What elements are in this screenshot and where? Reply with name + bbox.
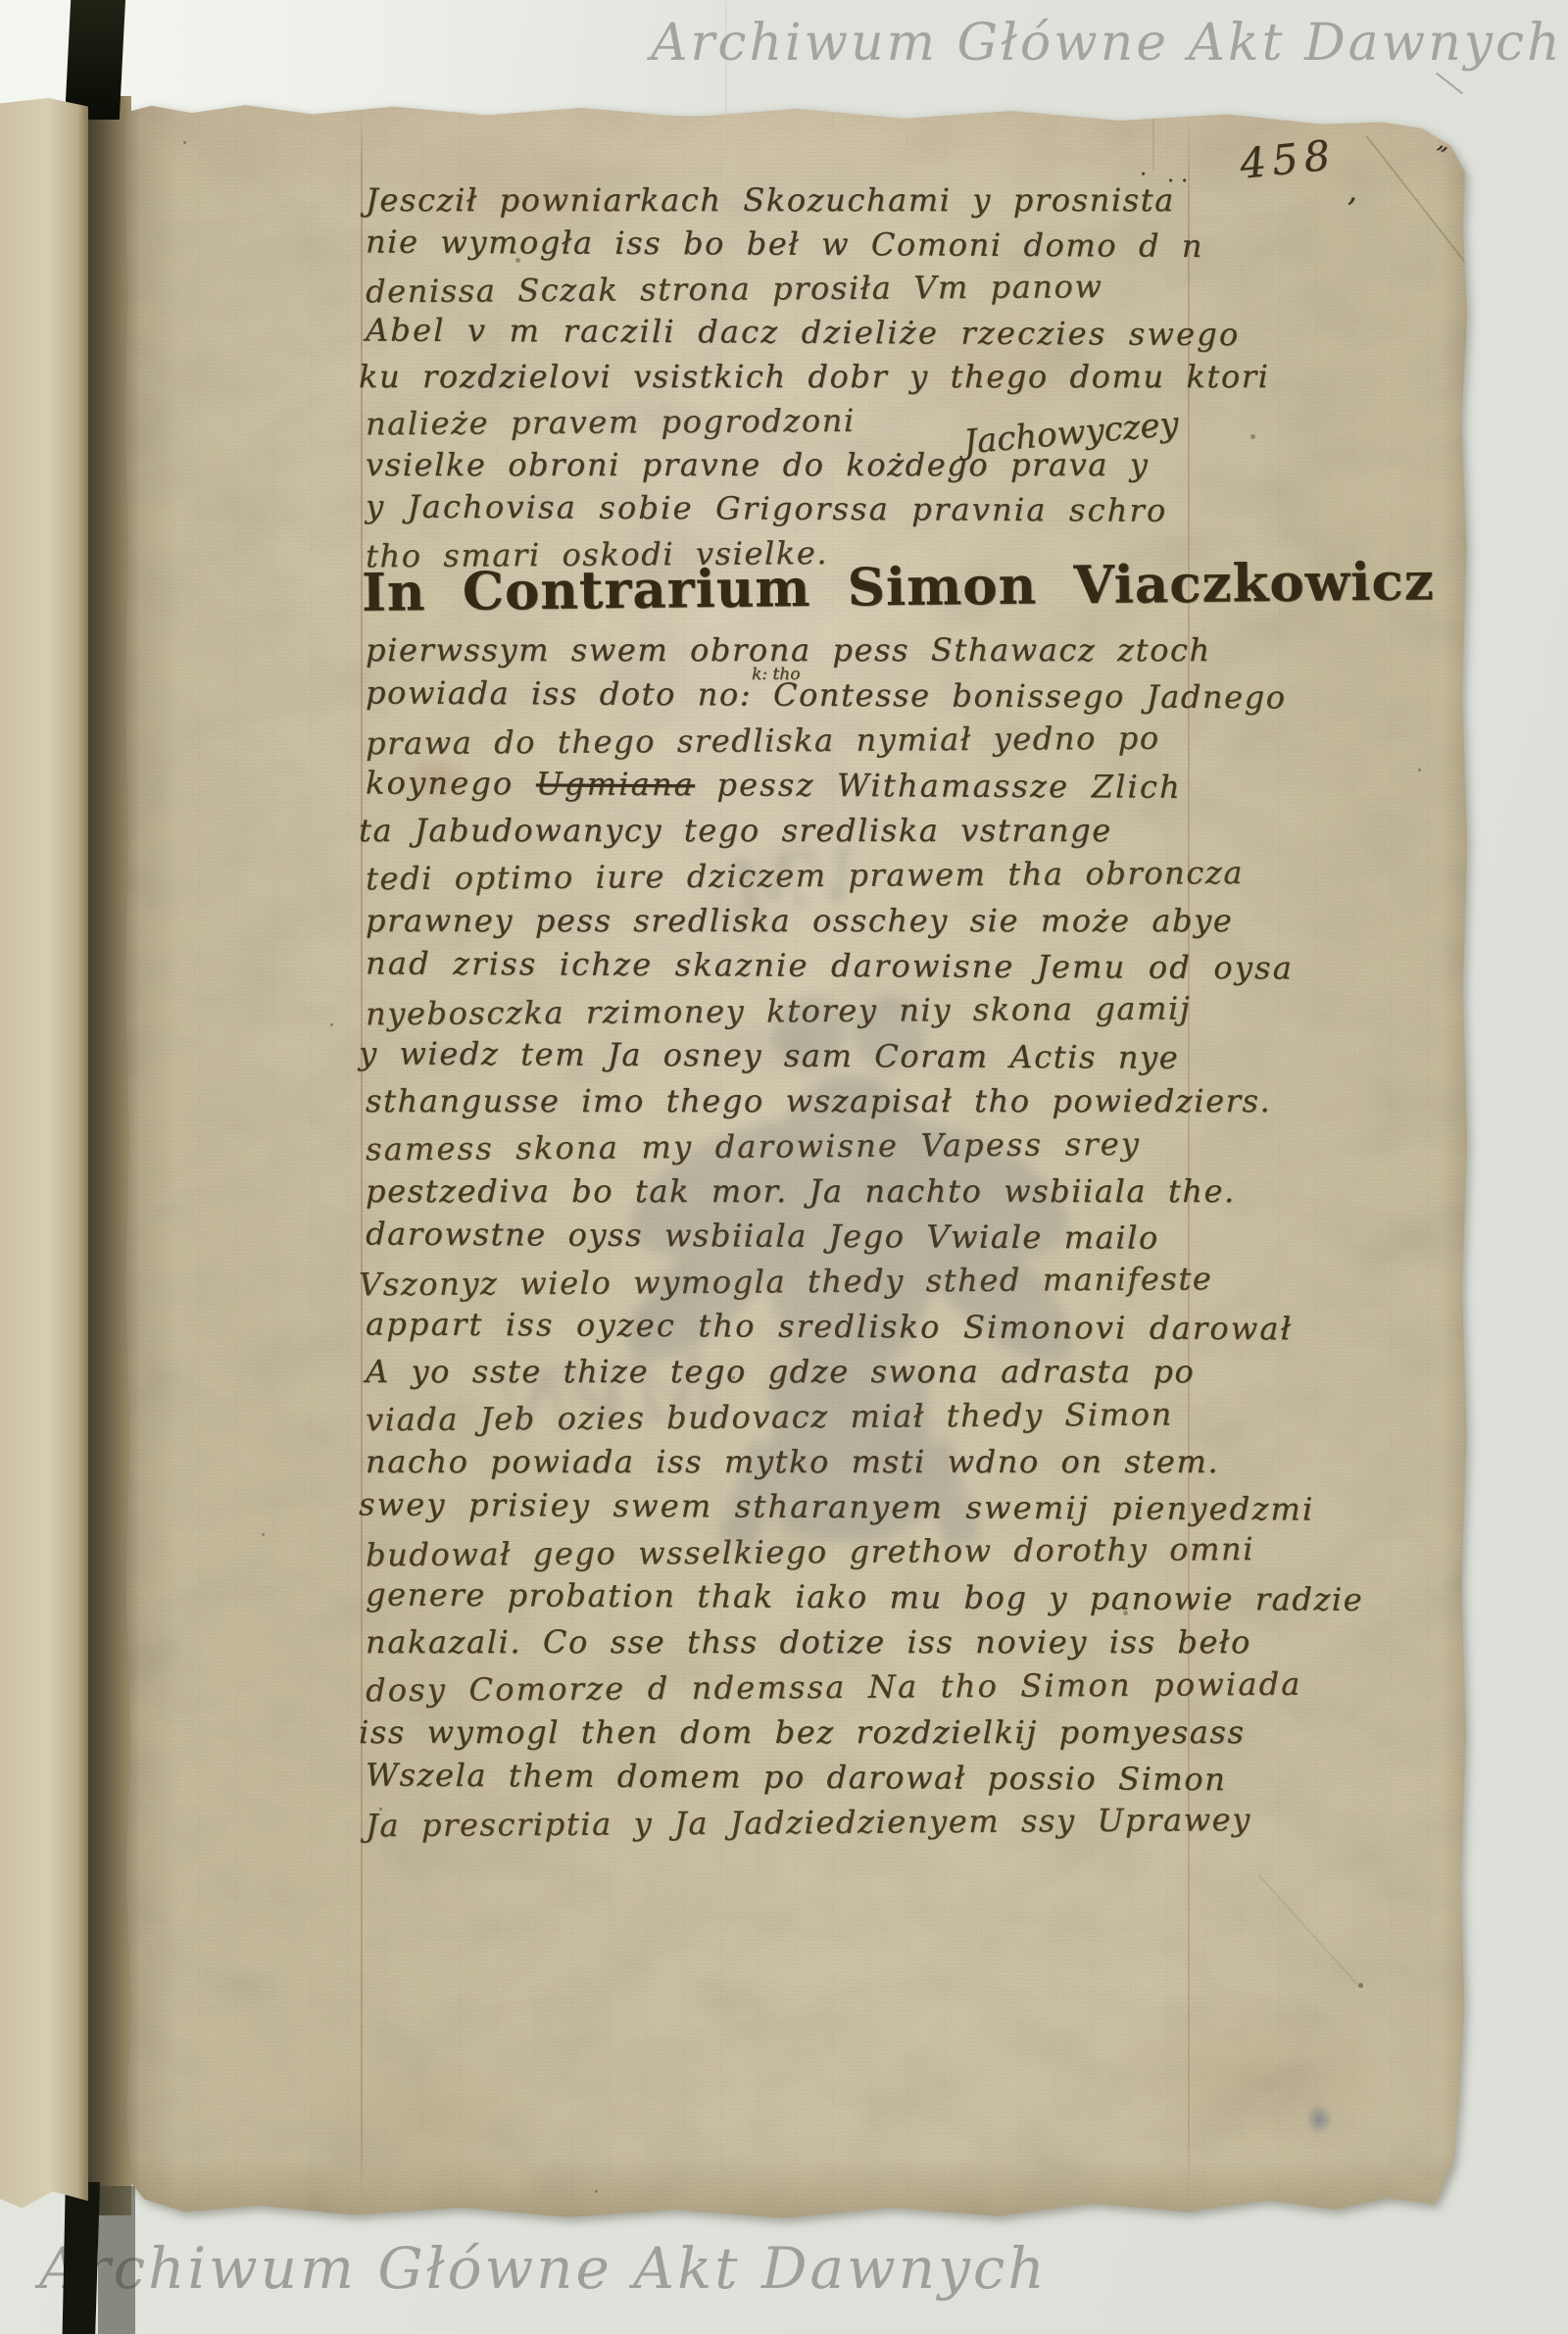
bottom-corner-crease: [1258, 1874, 1358, 1985]
left-margin-rule: [361, 110, 363, 2208]
binding-tape-bottom: [61, 2182, 100, 2334]
manuscript-line: Wszela them domem po darował possio Simo…: [366, 1752, 1306, 1802]
manuscript-line: nie wymogła iss bo beł w Comoni domo d n: [366, 220, 1306, 269]
entry-heading: In Contrarium Simon Viaczkowicz: [362, 551, 1435, 622]
manuscript-line: powiada iss doto no: Contesse bonissego …: [366, 670, 1306, 720]
manuscript-line: dosy Comorze d ndemssa Na tho Simon powi…: [366, 1662, 1306, 1713]
manuscript-line: vsielke obroni pravne do kożdego prava y: [366, 443, 1306, 487]
line-fragment: pessz Withamassze Zlich: [695, 766, 1182, 806]
manuscript-line: y wiedz tem Ja osney sam Coram Actis nye: [359, 1030, 1306, 1080]
line-fragment: koynego: [366, 764, 536, 802]
manuscript-line: appart iss oyzec tho sredlisko Simonovi …: [366, 1301, 1306, 1351]
manuscript-page-wrap: VM MVN vm · .. 458 , ” Jescził powniarka…: [124, 102, 1469, 2219]
manuscript-line: A yo sste thize tego gdze swona adrasta …: [366, 1349, 1306, 1394]
background-scratch-mark: [1436, 73, 1463, 95]
manuscript-line: prawney pess sredliska osschey sie może …: [366, 898, 1306, 943]
folio-comma-mark: ,: [1347, 174, 1357, 209]
manuscript-line: viada Jeb ozies budovacz miał thedy Simo…: [366, 1391, 1306, 1443]
manuscript-line: ta Jabudowanycy tego sredliska vstrange: [359, 808, 1306, 853]
blue-ink-smudge: [1305, 2104, 1333, 2135]
corner-fold-crease: [1365, 135, 1494, 299]
manuscript-line: swey prisiey swem stharanyem swemij pien…: [359, 1481, 1306, 1531]
archive-watermark-bottom: Archiwum Główne Akt Dawnych: [39, 2235, 1048, 2302]
manuscript-line: nyebosczka rzimoney ktorey niy skona gam…: [366, 985, 1306, 1037]
manuscript-line: tedi optimo iure dziczem prawem tha obro…: [366, 850, 1306, 902]
facing-page-edge: [0, 98, 88, 2211]
manuscript-line: y Jachovisa sobie Grigorssa pravnia schr…: [366, 484, 1306, 533]
paper-stain: [1104, 1989, 1408, 2170]
manuscript-line: iss wymogl then dom bez rozdzielkij pomy…: [359, 1710, 1306, 1755]
manuscript-line: denissa Sczak strona prosiła Vm panow: [366, 264, 1306, 315]
top-edge-crease: [1152, 108, 1154, 171]
manuscript-line: Abel v m raczili dacz dzieliże rzeczies …: [366, 308, 1306, 357]
manuscript-paragraph-2: pierwssym swem obrona pess Sthawacz ztoc…: [366, 627, 1306, 1845]
manuscript-line: nakazali. Co sse thss dotize iss noviey …: [366, 1619, 1306, 1664]
manuscript-line: samess skona my darowisne Vapess srey: [366, 1120, 1306, 1172]
manuscript-line: pierwssym swem obrona pess Sthawacz ztoc…: [366, 627, 1306, 672]
manuscript-line: Vszonyz wielo wymogla thedy sthed manife…: [359, 1256, 1306, 1308]
manuscript-line: prawa do thego sredliska nymiał yedno po: [366, 715, 1306, 767]
manuscript-line: koynego Ugmiana pessz Withamassze Zlich: [366, 760, 1306, 810]
archive-watermark-top: Archiwum Główne Akt Dawnych: [651, 14, 1563, 73]
manuscript-line: genere probation thak iako mu bog y pano…: [366, 1571, 1306, 1621]
manuscript-line: pestzediva bo tak mor. Ja nachto wsbiial…: [366, 1168, 1306, 1214]
manuscript-line: budował gego wsselkiego grethow dorothy …: [366, 1526, 1306, 1578]
manuscript-line: darowstne oyss wsbiiala Jego Vwiale mail…: [366, 1211, 1306, 1261]
manuscript-paragraph-1: Jescził powniarkach Skozuchami y prosnis…: [366, 178, 1306, 575]
struck-word: Ugmiana: [536, 765, 695, 803]
paper-stain: [291, 2048, 556, 2195]
manuscript-page: VM MVN vm · .. 458 , ” Jescził powniarka…: [124, 102, 1469, 2219]
manuscript-line: Ja prescriptia y Ja Jadziedzienyem ssy U…: [366, 1797, 1306, 1849]
manuscript-line: ku rozdzielovi vsistkich dobr y thego do…: [359, 355, 1306, 399]
paper-specks: [183, 141, 186, 144]
manuscript-line: nacho powiada iss mytko msti wdno on ste…: [366, 1439, 1306, 1484]
manuscript-line: sthangusse imo thego wszapisał tho powie…: [366, 1078, 1306, 1123]
corner-ink-tick: ”: [1430, 140, 1449, 170]
manuscript-line: nad zriss ichze skaznie darowisne Jemu o…: [366, 940, 1306, 990]
archive-scan: Archiwum Główne Akt Dawnych Archiwum Głó…: [0, 0, 1568, 2334]
binding-tape-top: [65, 0, 125, 120]
manuscript-line: Jescził powniarkach Skozuchami y prosnis…: [366, 178, 1306, 223]
